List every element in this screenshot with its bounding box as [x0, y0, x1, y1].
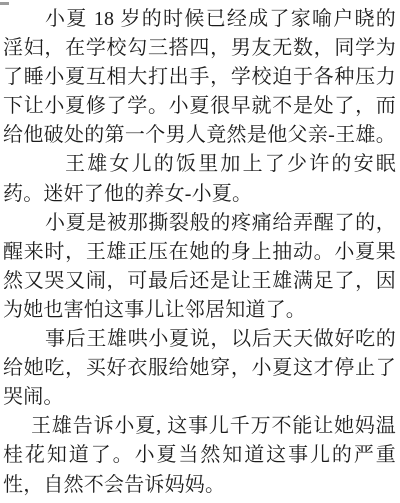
text-line: 给他破处的第一个男人竟然是他父亲-王雄。 [3, 121, 396, 150]
text-line: 事后王雄哄小夏说，以后天天做好吃的 [3, 325, 396, 354]
text-line: 药。迷奸了他的养女-小夏。 [3, 180, 396, 209]
text-line: 王雄女儿的饭里加上了少许的安眠 [3, 150, 396, 179]
text-line: 淫妇，在学校勾三搭四，男友无数，同学为 [3, 34, 396, 63]
scan-artifact-mark [0, 2, 9, 5]
text-line: 醒来时，王雄正压在她的身上抽动。小夏果 [3, 238, 396, 267]
text-line: 小夏是被那撕裂般的疼痛给弄醒了的， [3, 209, 396, 238]
text-line: 哭闹。 [3, 383, 396, 412]
text-line: 王雄告诉小夏, 这事儿千万不能让她妈温 [3, 412, 396, 441]
text-line: 小夏 18 岁的时候已经成了家喻户晓的 [3, 5, 396, 34]
text-line: 为她也害怕这事儿让邻居知道了。 [3, 296, 396, 325]
text-line: 桂花知道了。小夏当然知道这事儿的严重 [3, 441, 396, 470]
text-line: 性，自然不会告诉妈妈。 [3, 471, 396, 500]
text-line: 下让小夏修了学。小夏很早就不是处了，而 [3, 92, 396, 121]
text-line: 然又哭又闹，可最后还是让王雄满足了，因 [3, 267, 396, 296]
text-line: 了睡小夏互相大打出手，学校迫于各种压力 [3, 63, 396, 92]
document-text-page: 小夏 18 岁的时候已经成了家喻户晓的 淫妇，在学校勾三搭四，男友无数，同学为 … [0, 0, 400, 503]
text-line: 给她吃，买好衣服给她穿，小夏这才停止了 [3, 354, 396, 383]
